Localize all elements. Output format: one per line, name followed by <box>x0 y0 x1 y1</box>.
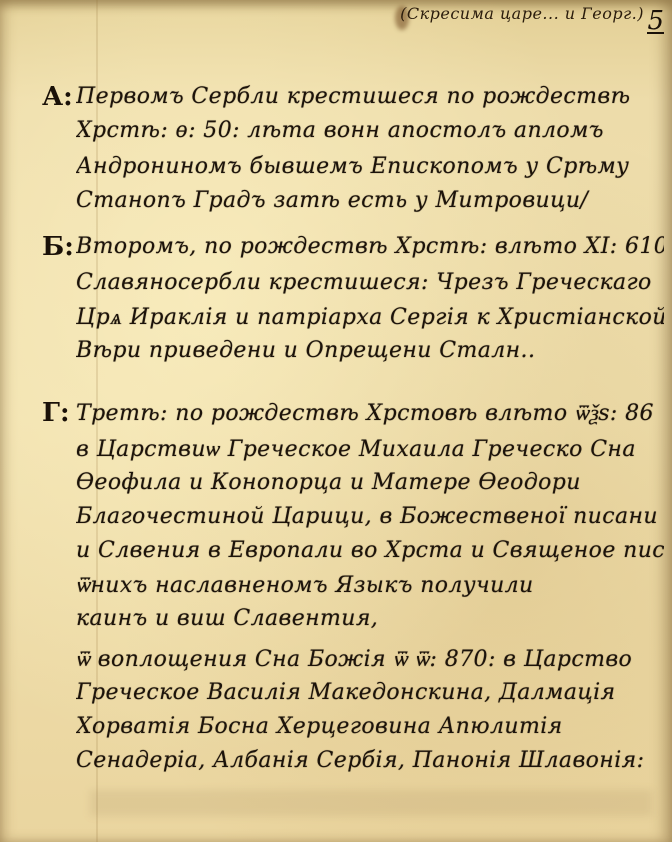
text-line: Греческое Василія Македонскина, Далмація <box>76 680 664 705</box>
text-line: Славяносербли крестишеся: Чрезъ Греческа… <box>76 270 664 295</box>
header-annotation: (Скресима царе... и Георг.) <box>400 4 644 23</box>
text-line: Станопъ Градъ затѣ есть у Митровици/ <box>76 188 664 213</box>
manuscript-page: (Скресима царе... и Георг.) 5 А: Первомъ… <box>0 0 672 842</box>
text-line: ѿнихъ наславненомъ Языкъ получили <box>76 572 664 598</box>
text-line: Первомъ Сербли крестишеся по рождествѣ <box>76 84 664 109</box>
section-marker: Б: <box>42 232 74 262</box>
text-line: Андрониномъ бывшемъ Епископомъ у Срѣму <box>76 154 664 179</box>
page-number: 5 <box>647 10 664 34</box>
text-line: каинъ и виш Славентия, <box>76 606 664 631</box>
text-line: Црѧ Ираклія и патріарха Сергія к Христіа… <box>76 304 664 330</box>
section-marker: Г: <box>42 398 70 428</box>
ink-bleed-through <box>90 790 652 816</box>
text-line: ѿ воплощения Сна Божія ѿ ѿ: 870: в Царст… <box>76 646 664 672</box>
text-line: Третѣ: по рождествѣ Хрстовѣ влѣто ѿѯѕ: 8… <box>76 400 664 426</box>
text-line: Второмъ, по рождествѣ Хрстѣ: влѣто XI: 6… <box>76 234 664 259</box>
text-line: Хорватія Босна Херцеговина Апюлитія <box>76 714 664 739</box>
text-line: Ѳеофила и Конопорца и Матере Ѳеодори <box>76 470 664 495</box>
text-line: Сенадеріа, Албанія Сербія, Панонія Шлаво… <box>76 748 664 773</box>
text-line: и Слвения в Европали во Хрста и Священое… <box>76 538 664 563</box>
text-line: Хрстѣ: ѳ: 50: лѣта вонн апостолъ апломъ <box>76 118 664 143</box>
text-line: Благочестиной Царици, в Божественої писа… <box>76 504 664 529</box>
section-marker: А: <box>42 82 73 112</box>
text-line: Вѣри приведени и Опрещени Сталн.. <box>76 338 664 363</box>
text-line: в Царствиѡ Греческое Михаила Греческо Сн… <box>76 436 664 462</box>
